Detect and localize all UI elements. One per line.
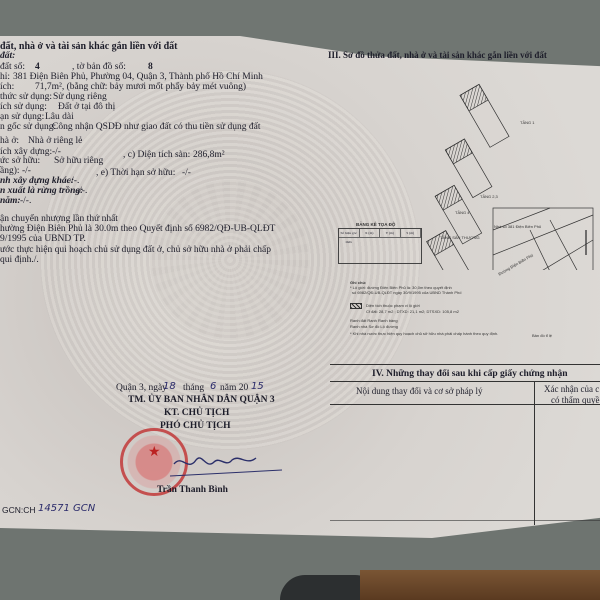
coord-header-row: Số hiệu góc thửa X (m) Y (m) S (m) bbox=[339, 229, 421, 238]
coordinate-table: Số hiệu góc thửa X (m) Y (m) S (m) bbox=[338, 228, 422, 264]
own-term-label: , e) Thời hạn sở hữu: bbox=[96, 168, 175, 179]
coord-header: Số hiệu góc thửa bbox=[339, 229, 360, 237]
coord-table-title: BẢNG KÊ TỌA ĐỘ bbox=[356, 222, 395, 227]
coord-header: X (m) bbox=[360, 229, 381, 237]
floor-area-value: 286,8m² bbox=[193, 150, 225, 161]
ownership-value: Sở hữu riêng bbox=[54, 156, 103, 167]
origin-value: Công nhận QSDĐ như giao đất có thu tiền … bbox=[52, 122, 260, 133]
section2-heading: đất, nhà ở và tài sản khác gắn liền với … bbox=[0, 41, 178, 52]
drum-center-watermark bbox=[150, 180, 310, 340]
signature bbox=[170, 448, 290, 478]
map-scale: Bản đồ tỉ lệ bbox=[532, 333, 552, 338]
perennial-label: năm: bbox=[0, 196, 21, 207]
section4-col2-header-line1: Xác nhận của c bbox=[544, 384, 599, 395]
month-label: tháng bbox=[183, 383, 204, 394]
kt-title: KT. CHỦ TỊCH bbox=[164, 408, 229, 419]
section4-column-divider bbox=[534, 381, 535, 525]
wooden-table bbox=[360, 570, 600, 600]
origin-label: n gốc sử dụng: bbox=[0, 122, 56, 133]
year-label: năm 20 bbox=[220, 383, 248, 394]
section4-column-header-border bbox=[330, 404, 600, 405]
section4-heading: IV. Những thay đổi sau khi cấp giấy chứn… bbox=[372, 369, 568, 380]
section4-col1-header: Nội dung thay đổi và cơ sở pháp lý bbox=[356, 386, 483, 397]
note-line: 9/1995 của UBND TP. bbox=[0, 234, 86, 245]
date-month: 6 bbox=[210, 381, 216, 392]
house-type-value: Nhà ở riêng lẻ bbox=[28, 136, 82, 147]
land-prefix: đất: bbox=[0, 51, 15, 62]
date-day: 18 bbox=[163, 381, 176, 392]
date-prefix: Quận 3, ngày bbox=[116, 383, 167, 394]
perennial-value: -/-. bbox=[20, 196, 31, 207]
coord-header: S (m) bbox=[401, 229, 422, 237]
floor-label: TẦNG SÂN THƯỢNG bbox=[440, 235, 480, 240]
plan-note: Diện tích thuộc phạm vi lộ giới bbox=[366, 303, 420, 308]
floor-label: TẦNG 1 bbox=[520, 120, 534, 125]
plan-note: Cf đất: 28,7 m2 ; DTXD: 21,1 m2; DTSXD: … bbox=[366, 309, 459, 314]
section4-top-border bbox=[330, 364, 600, 365]
boundary-hatch-legend bbox=[350, 303, 362, 309]
plan-note: Ranh đất Ranh Ranh bảng bbox=[350, 318, 398, 323]
floor-area-label: , c) Diện tích sàn: bbox=[123, 150, 190, 161]
signer-title: PHÓ CHỦ TỊCH bbox=[160, 421, 231, 432]
own-term-value: -/- bbox=[182, 168, 191, 179]
seal-star-icon: ★ bbox=[148, 444, 161, 461]
plan-note: số 6982/QĐ-UB-QLĐT ngày 30/9/1995 của UB… bbox=[352, 290, 461, 295]
certificate-number: 14571 GCN bbox=[38, 503, 95, 514]
authority: TM. ỦY BAN NHÂN DÂN QUẬN 3 bbox=[128, 395, 275, 406]
coord-header: Y (m) bbox=[380, 229, 401, 237]
note-line: ước thực hiện qui hoạch chủ sử dụng đất … bbox=[0, 245, 271, 256]
section3-heading: III. Sơ đồ thửa đất, nhà ở và tài sản kh… bbox=[328, 50, 547, 61]
certificate-label: GCN:CH bbox=[2, 505, 36, 516]
plan-note: * Khi nhà nước thực hiện quy hoạch chủ s… bbox=[350, 331, 498, 336]
note-line: qui định./. bbox=[0, 255, 39, 266]
section4-bottom-border bbox=[330, 520, 600, 521]
floor-label: TẦNG 4 bbox=[455, 210, 469, 215]
signer-name: Trần Thanh Bình bbox=[157, 485, 228, 496]
date-year: 15 bbox=[251, 381, 264, 392]
house-type-label: hà ở: bbox=[0, 136, 19, 147]
forest-value: -/-. bbox=[76, 186, 87, 197]
plan-note: Ranh nhà Sơ đồ Lộ đường bbox=[350, 324, 398, 329]
floor-label: TẦNG 2,3 bbox=[480, 194, 498, 199]
section4-header-border bbox=[330, 381, 600, 382]
house-label: Nhà số 381 Điện Biên Phủ bbox=[494, 224, 541, 229]
